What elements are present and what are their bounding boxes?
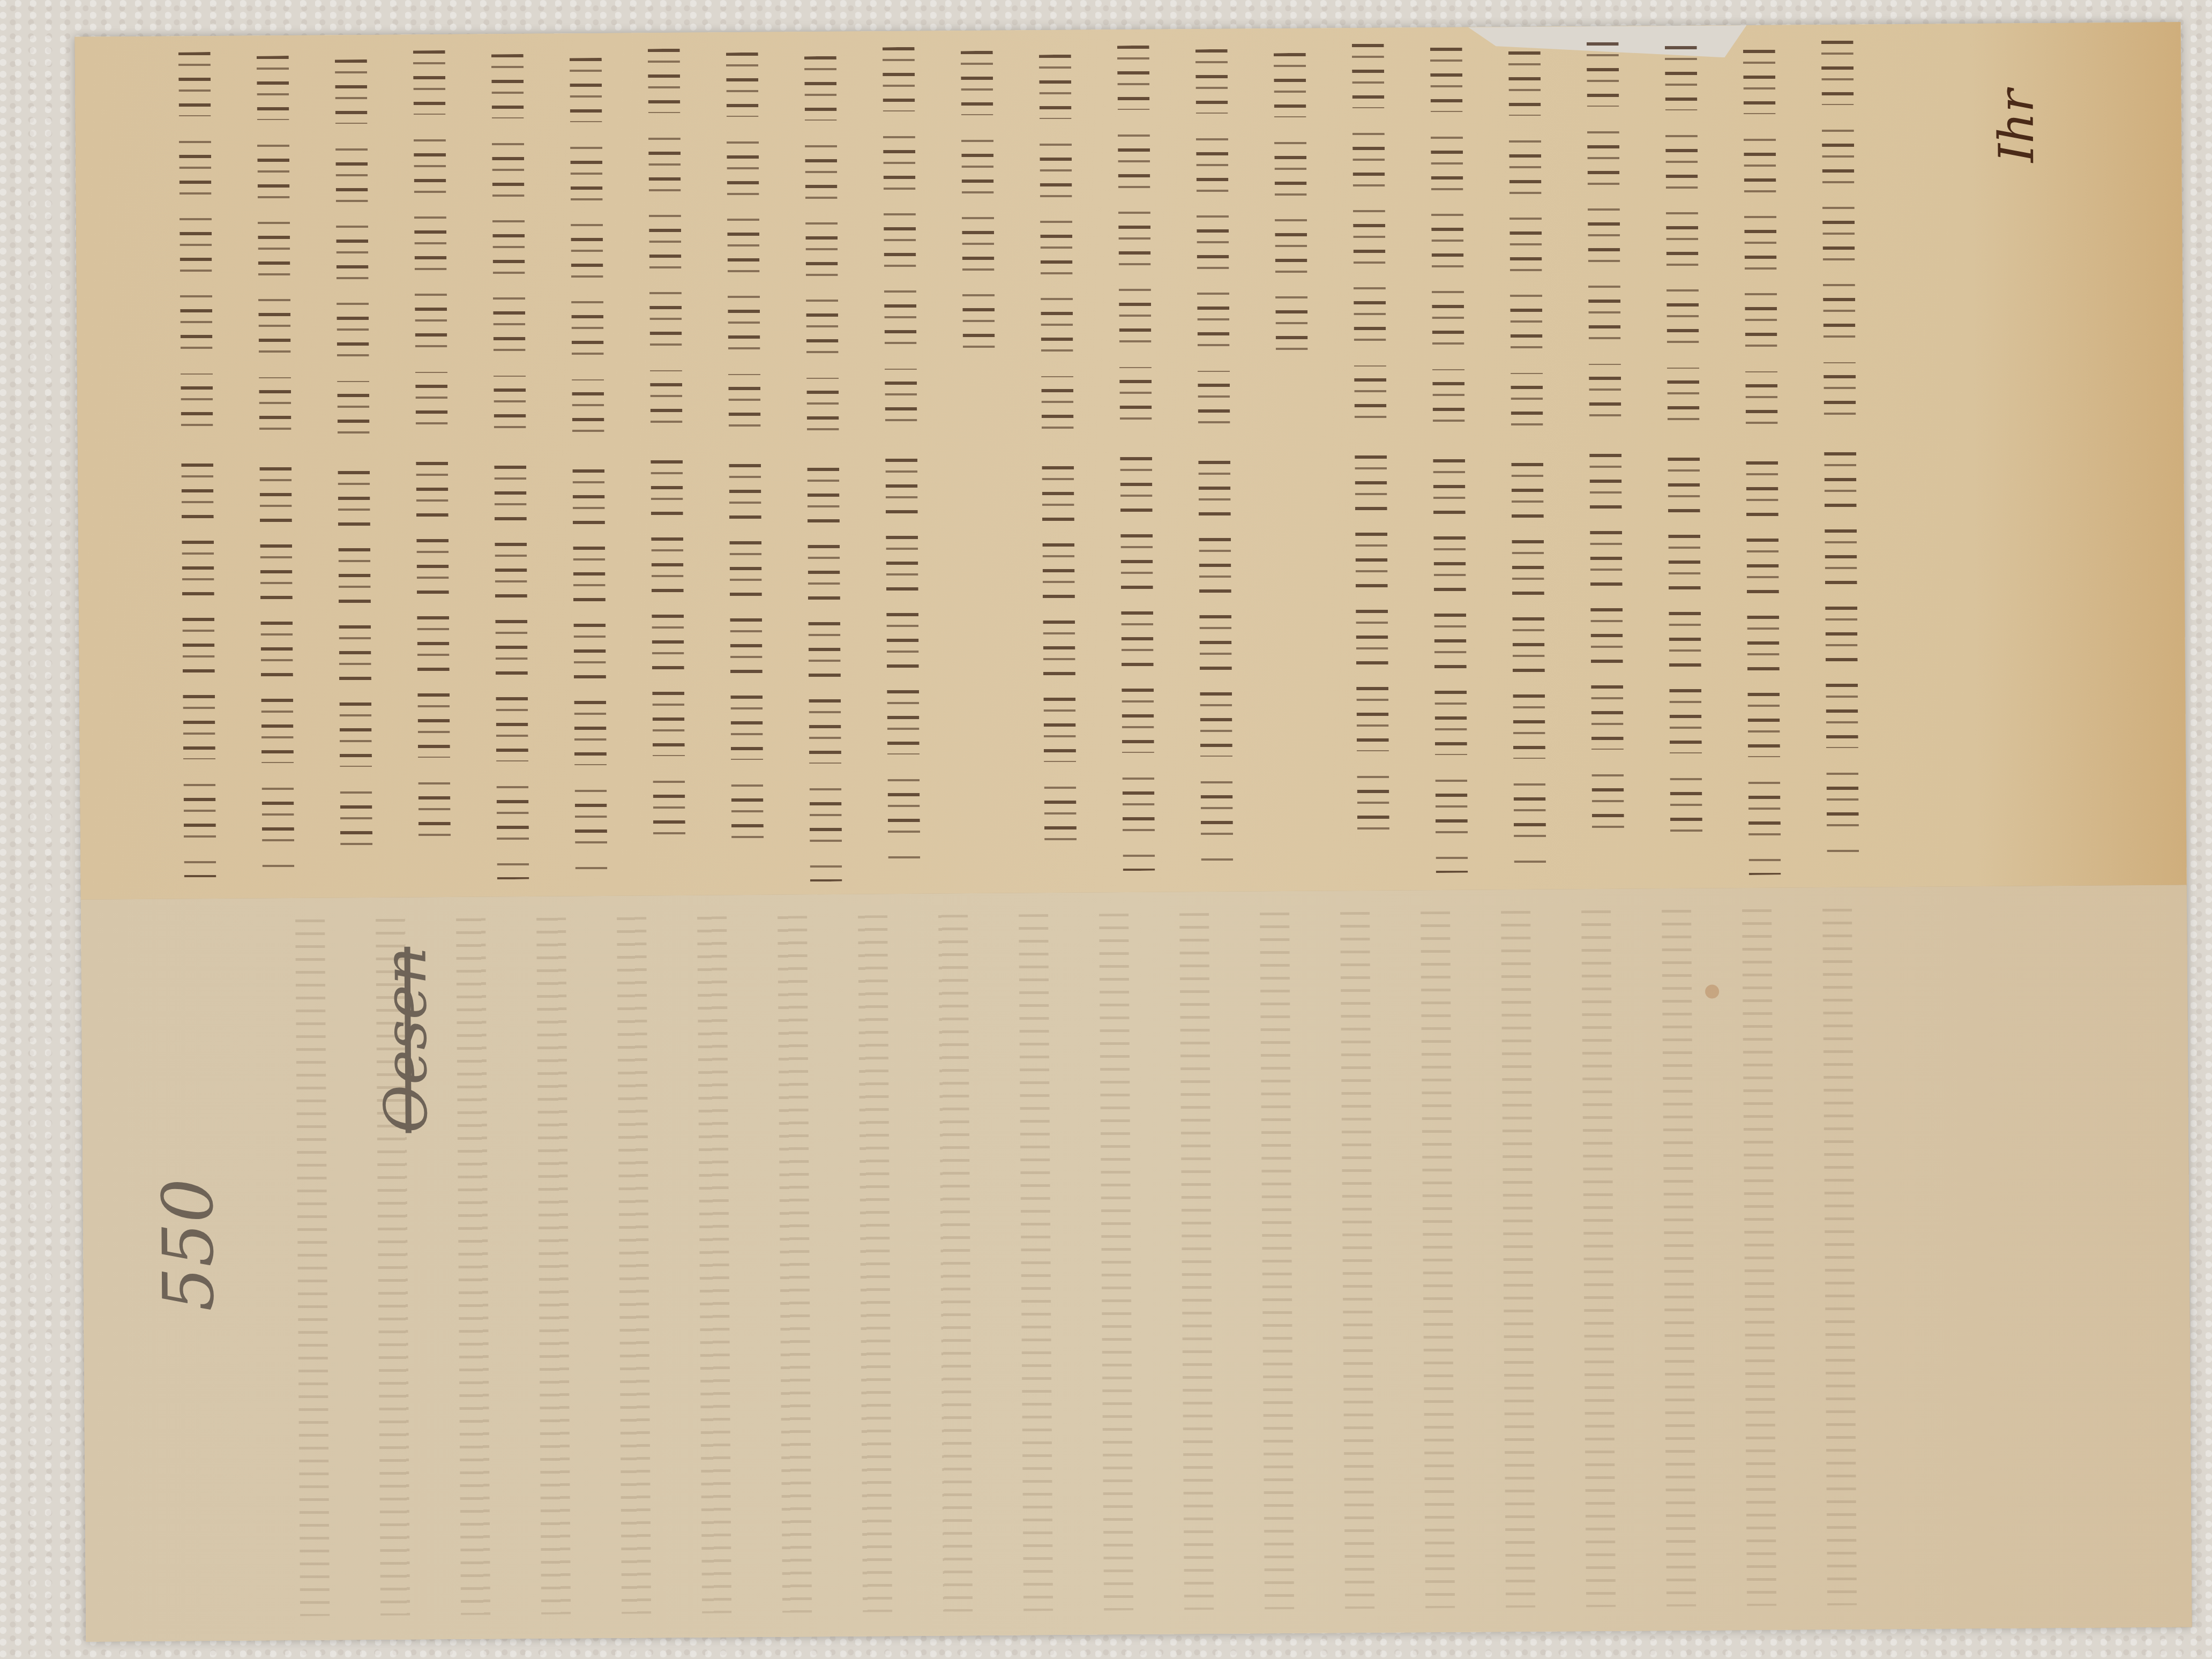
handwritten-line [1194,49,1239,864]
handwritten-line [1742,50,1787,875]
bleedthrough-line [1662,910,1696,1606]
bleedthrough-line [778,916,812,1612]
pencil-note: Oesen [370,946,440,1133]
ink-stroke [1352,44,1389,837]
ink-stroke [570,58,608,872]
handwritten-line [1820,41,1865,855]
ink-stroke [335,59,372,863]
handwritten-line [255,56,300,870]
ink-stroke [257,56,295,870]
handwritten-line [1585,42,1630,846]
ink-stroke [1274,53,1308,375]
ink-stroke [1508,51,1546,866]
ink-stroke [1195,49,1234,864]
bleedthrough-line [697,916,731,1613]
bleedthrough-line [1340,912,1374,1609]
bleedthrough-line [1421,911,1455,1608]
ink-stroke [1117,46,1155,871]
bleedthrough-line [1260,913,1294,1609]
bleedthrough-line [1501,911,1535,1608]
handwritten-line [959,51,1000,372]
handwritten-line [1507,51,1552,866]
ink-stain [1705,984,1719,998]
ink-stroke [1039,55,1077,848]
handwritten-line [646,49,691,853]
ink-stroke [726,53,764,846]
handwritten-line [1350,44,1395,837]
ink-stroke [491,54,529,879]
pencil-page-number: 550 [147,1178,229,1312]
handwritten-line [490,54,535,879]
ink-stroke [648,49,685,853]
ink-stroke [1743,50,1781,875]
bleedthrough-line [1099,914,1133,1610]
ink-stroke [1430,48,1468,873]
catchword: Ihr [1988,89,2045,163]
ink-stroke [178,52,216,877]
ink-stroke [961,51,995,372]
ink-stroke [804,56,842,881]
handwritten-line [803,56,848,881]
handwritten-line [1272,53,1313,375]
ink-stroke [1587,42,1624,846]
handwritten-line [412,50,456,843]
handwritten-line [724,53,769,846]
handwritten-line [881,47,926,862]
handwritten-line [1116,46,1161,871]
bleedthrough-line [1179,913,1214,1610]
handwritten-line [1429,48,1474,873]
bleedthrough-line [1742,909,1776,1606]
bleedthrough-line [617,917,651,1613]
bleedthrough-line [1822,909,1857,1605]
handwritten-line [177,52,222,877]
bleedthrough-line [1019,914,1053,1611]
handwritten-line [1037,55,1082,848]
letter-page: 550 Oesen Ihr [handwritten Kurrent scrip… [75,22,2192,1641]
bleedthrough-line [536,917,571,1614]
ink-stroke [883,47,921,862]
bleedthrough-line [858,915,892,1612]
bleedthrough-line [456,918,490,1615]
handwritten-line [333,59,378,863]
handwritten-line [568,58,613,872]
bleedthrough-line [295,920,330,1616]
handwritten-line [1663,46,1708,839]
bleedthrough-line [938,915,973,1611]
bleedthrough-line [1581,910,1616,1607]
ink-stroke [1821,41,1859,855]
ink-stroke [413,50,451,843]
ink-stroke [1665,46,1702,839]
